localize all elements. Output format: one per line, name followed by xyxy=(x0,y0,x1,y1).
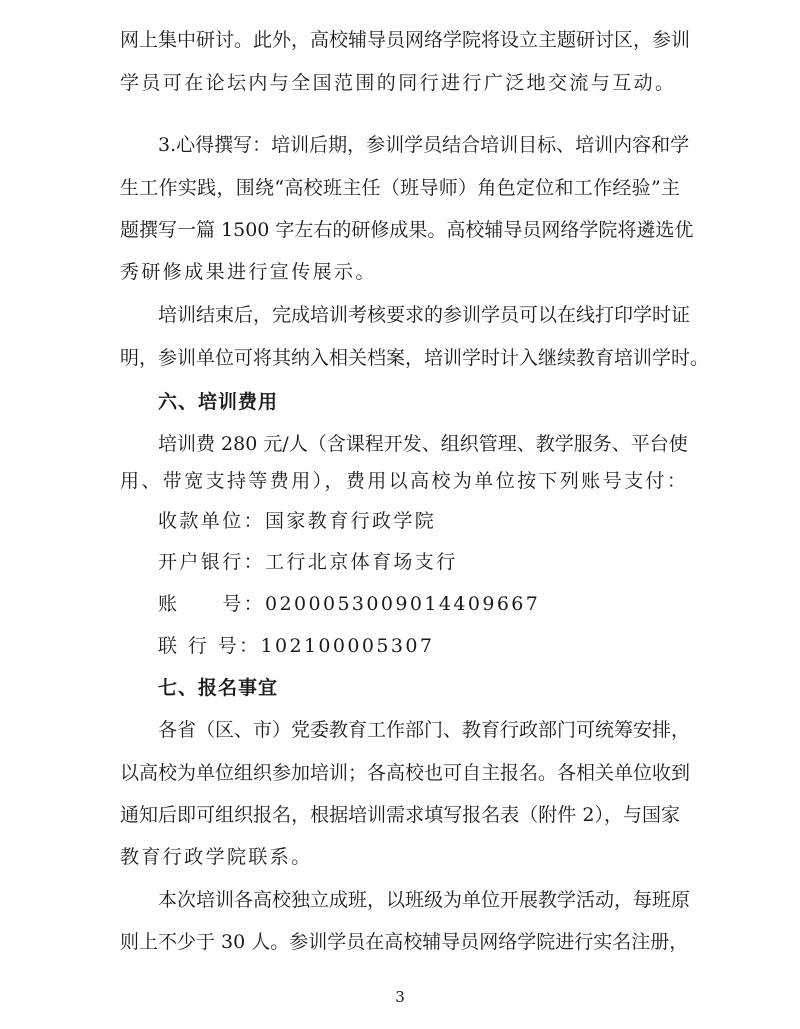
paragraph-line: 网上集中研讨。此外，高校辅导员网络学院将设立主题研讨区，参训 xyxy=(120,28,680,52)
paragraph-line: 题撰写一篇 1500 字左右的研修成果。高校辅导员网络学院将遴选优 xyxy=(120,218,680,242)
paragraph-line: 以高校为单位组织参加培训；各高校也可自主报名。各相关单位收到 xyxy=(120,761,680,785)
bank-code-line: 联 行 号：102100005307 xyxy=(158,634,680,658)
paragraph-line: 秀研修成果进行宣传展示。 xyxy=(120,260,680,284)
paragraph-line: 通知后即可组织报名，根据培训需求填写报名表（附件 2），与国家 xyxy=(120,803,680,827)
paragraph-line: 本次培训各高校独立成班，以班级为单位开展教学活动，每班原 xyxy=(158,888,680,912)
section-heading-registration: 七、报名事宜 xyxy=(158,676,680,700)
paragraph-line: 明，参训单位可将其纳入相关档案，培训学时计入继续教育培训学时。 xyxy=(120,346,680,370)
bank-line: 开户银行：工行北京体育场支行 xyxy=(158,550,680,574)
page-number: 3 xyxy=(0,988,800,1006)
paragraph-line: 则上不少于 30 人。参训学员在高校辅导员网络学院进行实名注册， xyxy=(120,930,680,954)
paragraph-line: 3.心得撰写：培训后期，参训学员结合培训目标、培训内容和学 xyxy=(158,133,680,157)
paragraph-line: 学员可在论坛内与全国范围的同行进行广泛地交流与互动。 xyxy=(120,71,680,95)
paragraph-line: 生工作实践，围绕“高校班主任（班导师）角色定位和工作经验”主 xyxy=(120,176,680,200)
paragraph-line: 教育行政学院联系。 xyxy=(120,845,680,869)
document-page: 网上集中研讨。此外，高校辅导员网络学院将设立主题研讨区，参训 学员可在论坛内与全… xyxy=(0,0,800,1029)
section-heading-fees: 六、培训费用 xyxy=(158,390,680,414)
paragraph-line: 培训费 280 元/人（含课程开发、组织管理、教学服务、平台使 xyxy=(158,432,680,456)
paragraph-line: 用、带宽支持等费用），费用以高校为单位按下列账号支付： xyxy=(120,469,680,493)
payee-line: 收款单位：国家教育行政学院 xyxy=(158,509,680,533)
paragraph-line: 各省（区、市）党委教育工作部门、教育行政部门可统筹安排， xyxy=(158,718,680,742)
paragraph-line: 培训结束后，完成培训考核要求的参训学员可以在线打印学时证 xyxy=(158,303,680,327)
account-number-line: 账 号：0200053009014409667 xyxy=(158,592,680,616)
